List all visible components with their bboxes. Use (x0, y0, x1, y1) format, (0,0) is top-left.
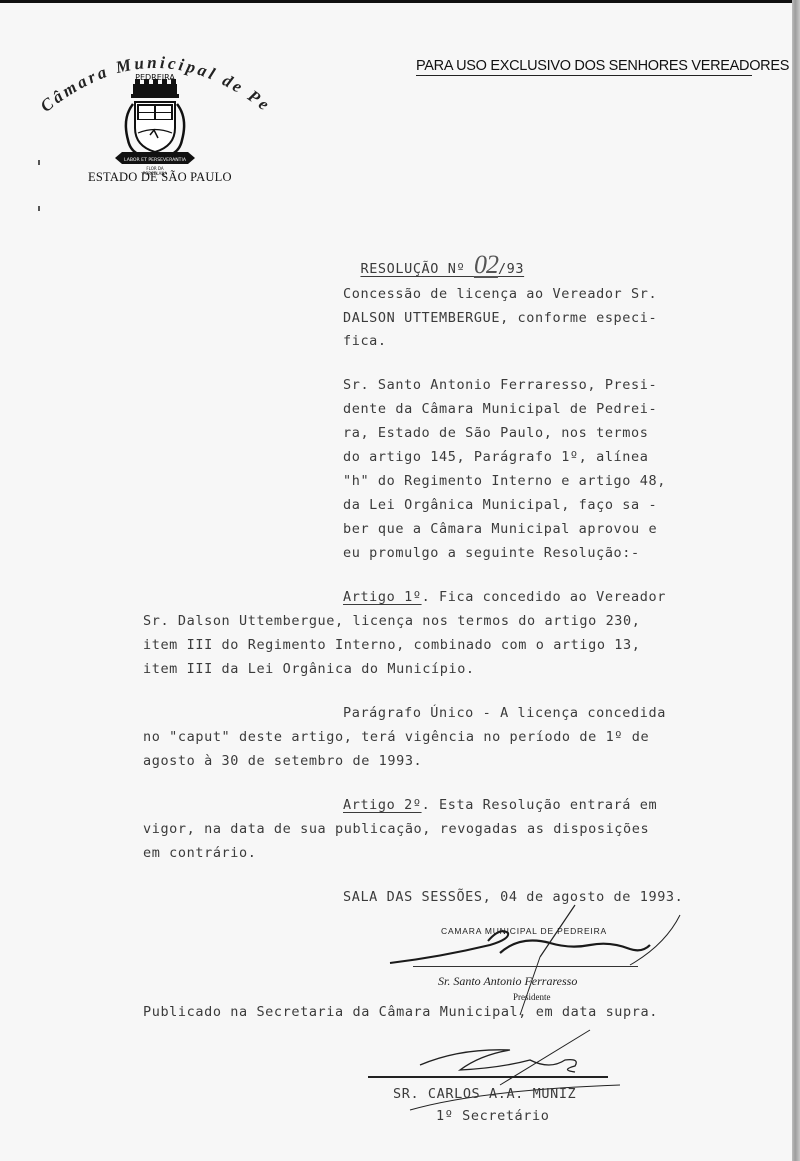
secretary-signature-line (368, 1076, 608, 1078)
article-1-label: Artigo 1º (343, 589, 422, 605)
summary-line: DALSON UTTEMBERGUE, conforme especi- (343, 310, 657, 326)
preamble-line: ra, Estado de São Paulo, nos termos (343, 425, 648, 441)
preamble-line: eu promulgo a seguinte Resolução:- (343, 545, 640, 561)
article-1-line: Sr. Dalson Uttembergue, licença nos term… (143, 613, 640, 629)
president-name: Sr. Santo Antonio Ferraresso (438, 974, 577, 989)
resolution-title: RESOLUÇÃO Nº 02/93 (343, 234, 524, 280)
article-1-first-line: Artigo 1º. Fica concedido ao Vereador (343, 589, 666, 605)
article-2-text: . Esta Resolução entrará em (422, 797, 658, 813)
svg-text:LABOR ET PERSEVERANTIA: LABOR ET PERSEVERANTIA (124, 157, 187, 163)
preamble-line: Sr. Santo Antonio Ferraresso, Presi- (343, 377, 657, 393)
preamble-line: da Lei Orgânica Municipal, faço sa - (343, 497, 657, 513)
preamble-line: "h" do Regimento Interno e artigo 48, (343, 473, 666, 489)
scan-right-edge (792, 0, 800, 1161)
scan-top-border (0, 0, 800, 3)
secretary-role: 1º Secretário (436, 1108, 549, 1124)
article-2-line: vigor, na data de sua publicação, revoga… (143, 821, 649, 837)
preamble-line: dente da Câmara Municipal de Pedrei- (343, 401, 657, 417)
president-role: Presidente (513, 992, 551, 1002)
article-2-first-line: Artigo 2º. Esta Resolução entrará em (343, 797, 657, 813)
article-1-text: . Fica concedido ao Vereador (422, 589, 666, 605)
summary-line: Concessão de licença ao Vereador Sr. (343, 286, 657, 302)
place-date: SALA DAS SESSÕES, 04 de agosto de 1993. (343, 889, 683, 905)
article-1-line: item III do Regimento Interno, combinado… (143, 637, 640, 653)
margin-mark (38, 206, 40, 211)
secretary-name: SR. CARLOS A.A. MUNIZ (393, 1086, 576, 1102)
preamble-line: ber que a Câmara Municipal aprovou e (343, 521, 657, 537)
paragraph-unico-first-line: Parágrafo Único - A licença concedida (343, 705, 666, 721)
paragraph-unico-line: agosto à 30 de setembro de 1993. (143, 753, 422, 769)
resolution-year: /93 (498, 261, 524, 277)
president-signature-line (413, 966, 638, 967)
municipal-seal: Câmara Municipal de Pedreira PEDREIRA LA… (30, 38, 280, 178)
publication-note: Publicado na Secretaria da Câmara Munici… (143, 1004, 658, 1020)
resolution-title-prefix: RESOLUÇÃO Nº (360, 261, 473, 277)
article-2-label: Artigo 2º (343, 797, 422, 813)
preamble-line: do artigo 145, Parágrafo 1º, alínea (343, 449, 648, 465)
article-2-line: em contrário. (143, 845, 256, 861)
exclusive-use-notice: PARA USO EXCLUSIVO DOS SENHORES VEREADOR… (416, 58, 752, 76)
paragraph-unico-line: no "caput" deste artigo, terá vigência n… (143, 729, 649, 745)
summary-line: fica. (343, 333, 387, 349)
resolution-number: 02 (474, 250, 498, 279)
state-label: ESTADO DE SÃO PAULO (88, 170, 232, 185)
article-1-line: item III da Lei Orgânica do Município. (143, 661, 475, 677)
